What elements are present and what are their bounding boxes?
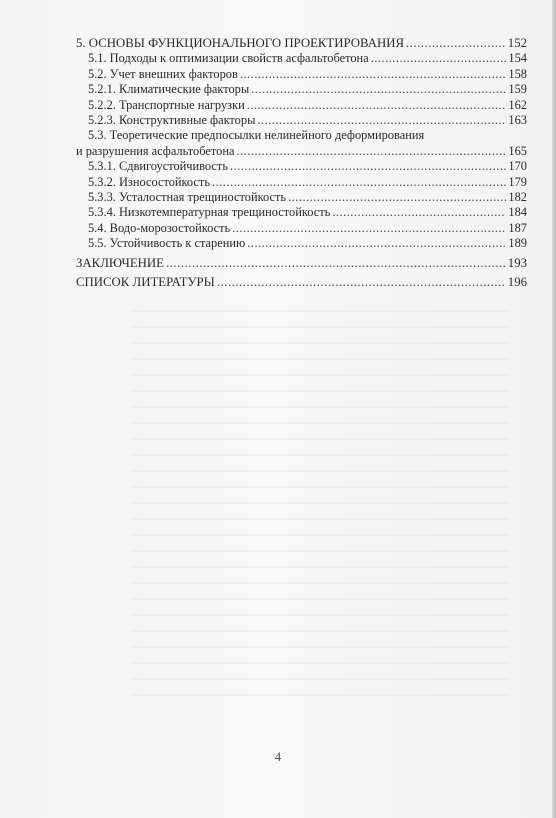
toc-entry-title: ЗАКЛЮЧЕНИЕ xyxy=(76,256,164,271)
toc-entry-page: 170 xyxy=(508,159,527,174)
toc-entry-title: 5.3.1. Сдвигоустойчивость xyxy=(88,159,228,174)
toc-entry-page: 159 xyxy=(508,82,527,97)
toc-entry-title: 5.3.2. Износостойкость xyxy=(88,175,210,190)
toc-entry-title: 5.4. Водо-морозостойкость xyxy=(88,221,230,236)
toc-entry-title: 5.2.2. Транспортные нагрузки xyxy=(88,98,245,113)
toc-entry-title: 5.2.1. Климатические факторы xyxy=(88,82,249,97)
document-page: 5. ОСНОВЫ ФУНКЦИОНАЛЬНОГО ПРОЕКТИРОВАНИЯ… xyxy=(0,0,552,818)
leader-dots xyxy=(232,221,506,236)
toc-entry-title: 5.5. Устойчивость к старению xyxy=(88,236,245,251)
toc-entry-page: 165 xyxy=(508,144,527,159)
toc-entry[interactable]: 5.2.2. Транспортные нагрузки 162 xyxy=(76,98,527,113)
toc-entry[interactable]: 5.1. Подходы к оптимизации свойств асфал… xyxy=(76,51,527,66)
toc-entry[interactable]: 5.4. Водо-морозостойкость 187 xyxy=(76,221,527,236)
leader-dots xyxy=(247,98,507,113)
toc-entry[interactable]: 5.3.4. Низкотемпературная трещиностойкос… xyxy=(76,205,527,220)
leader-dots xyxy=(251,82,506,97)
toc-entry-page: 162 xyxy=(508,98,527,113)
toc-entry-page: 187 xyxy=(508,221,527,236)
toc-entry-page: 193 xyxy=(508,256,527,271)
toc-entry-page: 163 xyxy=(508,113,527,128)
toc-entry[interactable]: 5.2. Учет внешних факторов 158 xyxy=(76,67,527,82)
toc-entry-title: 5.1. Подходы к оптимизации свойств асфал… xyxy=(88,51,369,66)
leader-dots xyxy=(166,256,506,271)
table-of-contents: 5. ОСНОВЫ ФУНКЦИОНАЛЬНОГО ПРОЕКТИРОВАНИЯ… xyxy=(76,36,527,291)
toc-entry-title: 5. ОСНОВЫ ФУНКЦИОНАЛЬНОГО ПРОЕКТИРОВАНИЯ xyxy=(76,36,404,51)
leader-dots xyxy=(288,190,506,205)
toc-entry-continuation[interactable]: и разрушения асфальтобетона 165 xyxy=(76,144,527,159)
toc-entry-page: 182 xyxy=(508,190,527,205)
toc-entry-page: 154 xyxy=(508,51,527,66)
toc-entry-title: 5.3.4. Низкотемпературная трещиностойкос… xyxy=(88,205,330,220)
leader-dots xyxy=(247,236,506,251)
toc-entry-page: 158 xyxy=(508,67,527,82)
toc-entry-title: 5.2. Учет внешних факторов xyxy=(88,67,238,82)
toc-entry[interactable]: 5.3.2. Износостойкость 179 xyxy=(76,175,527,190)
toc-entry-title: 5.3.3. Усталостная трещиностойкость xyxy=(88,190,286,205)
toc-entry-conclusion[interactable]: ЗАКЛЮЧЕНИЕ 193 xyxy=(76,256,527,271)
page-number: 4 xyxy=(0,750,556,765)
leader-dots xyxy=(332,205,506,220)
toc-entry[interactable]: 5.2.1. Климатические факторы 159 xyxy=(76,82,527,97)
toc-entry[interactable]: 5. ОСНОВЫ ФУНКЦИОНАЛЬНОГО ПРОЕКТИРОВАНИЯ… xyxy=(76,36,527,51)
toc-entry-references[interactable]: СПИСОК ЛИТЕРАТУРЫ 196 xyxy=(76,275,527,290)
toc-entry-page: 184 xyxy=(508,205,527,220)
toc-entry-title: СПИСОК ЛИТЕРАТУРЫ xyxy=(76,275,215,290)
toc-entry[interactable]: 5.3.3. Усталостная трещиностойкость 182 xyxy=(76,190,527,205)
leader-dots xyxy=(230,159,506,174)
leader-dots xyxy=(371,51,507,66)
toc-entry-page: 179 xyxy=(508,175,527,190)
leader-dots xyxy=(236,144,506,159)
toc-entry[interactable]: 5.5. Устойчивость к старению 189 xyxy=(76,236,527,251)
bleed-through-texture xyxy=(130,300,510,700)
toc-entry-page: 152 xyxy=(508,36,527,51)
toc-entry-page: 189 xyxy=(508,236,527,251)
toc-entry[interactable]: 5.2.3. Конструктивные факторы 163 xyxy=(76,113,527,128)
leader-dots xyxy=(240,67,507,82)
page-edge xyxy=(552,0,556,818)
leader-dots xyxy=(257,113,506,128)
toc-entry-title: и разрушения асфальтобетона xyxy=(76,144,234,159)
toc-entry-heading-line[interactable]: 5.3. Теоретические предпосылки нелинейно… xyxy=(76,128,527,143)
leader-dots xyxy=(406,36,506,51)
toc-entry-page: 196 xyxy=(508,275,527,290)
toc-entry-title: 5.2.3. Конструктивные факторы xyxy=(88,113,255,128)
toc-entry-title: 5.3. Теоретические предпосылки нелинейно… xyxy=(88,128,424,143)
leader-dots xyxy=(217,275,506,290)
leader-dots xyxy=(212,175,506,190)
toc-entry[interactable]: 5.3.1. Сдвигоустойчивость 170 xyxy=(76,159,527,174)
